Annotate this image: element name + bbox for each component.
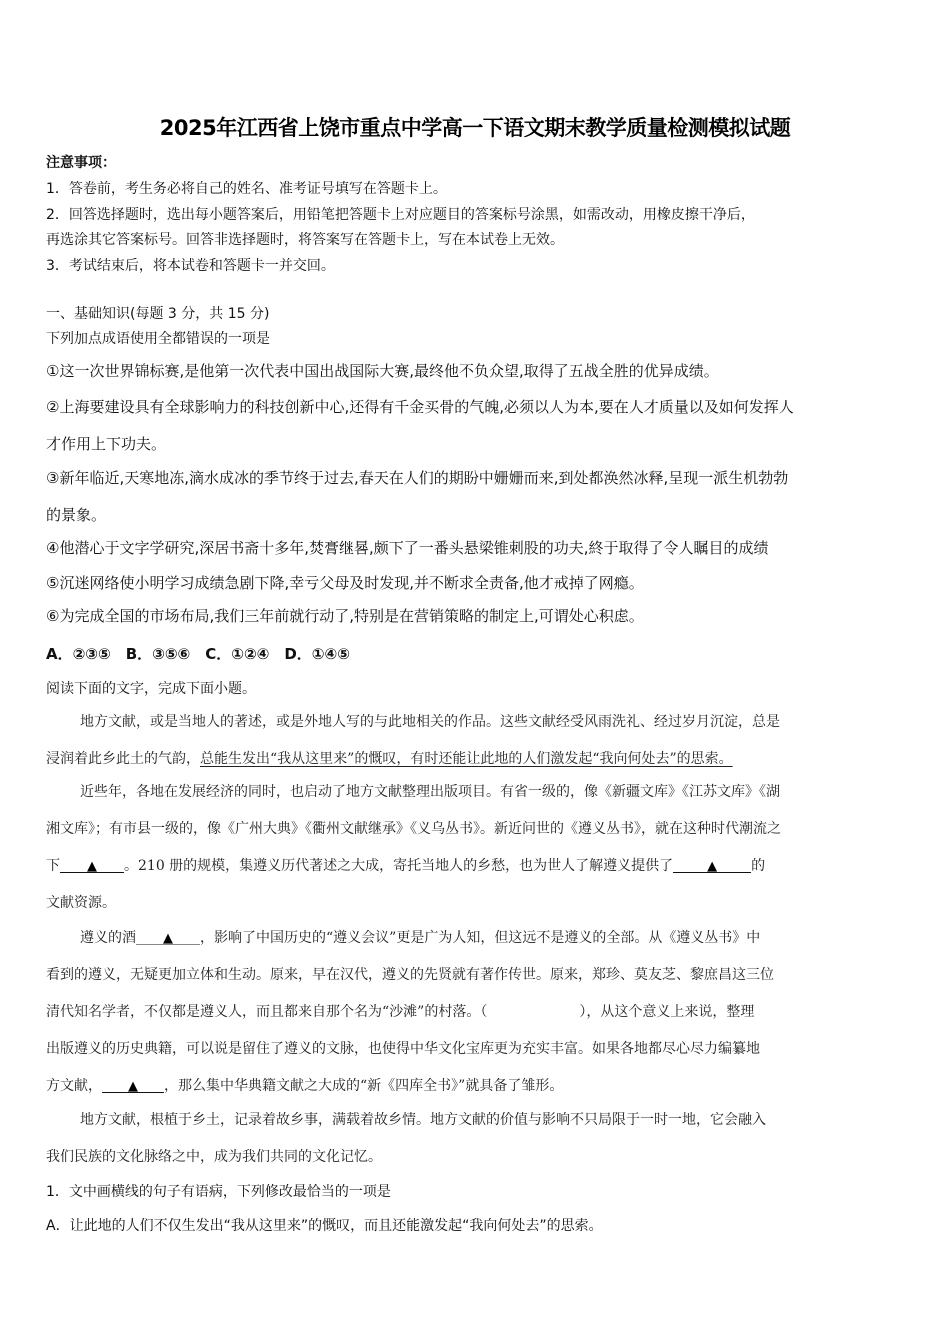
p4-line-1: 地方文献，根植于乡土，记录着故乡事，满载着故乡情。地方文献的价值与影响不只局限于… — [80, 1109, 766, 1129]
statement-6: ⑥为完成全国的市场布局,我们三年前就行动了,特别是在营销策略的制定上,可谓处心积… — [46, 605, 644, 626]
p3-line-1-text-a: 遵义的酒 — [80, 930, 136, 946]
p2-line-4: 文献资源。 — [46, 892, 116, 912]
triangle-marker-icon: ▲ — [128, 1079, 138, 1094]
p1-line-2: 浸润着此乡此土的气韵，总能生发出“我从这里来”的慨叹，有时还能让此地的人们激发起… — [46, 748, 733, 768]
page-title: 2025年江西省上饶市重点中学高一下语文期末教学质量检测模拟试题 — [0, 112, 950, 142]
triangle-marker-icon: ▲ — [163, 931, 173, 946]
statement-2: ②上海要建设具有全球影响力的科技创新中心,还得有千金买骨的气魄,必须以人为本,要… — [46, 396, 794, 417]
question-stem: 下列加点成语使用全都错误的一项是 — [46, 328, 270, 348]
p3-line-3: 清代知名学者，不仅都是遵义人，而且都来自那个名为“沙滩”的村落。（），从这个意义… — [46, 1001, 754, 1021]
notice-item-3: 3．考试结束后，将本试卷和答题卡一并交回。 — [46, 255, 335, 275]
p3-line-5: 方文献，▲，那么集中华典籍文献之大成的“新《四库全书》”就具备了雏形。 — [46, 1075, 563, 1095]
fill-blank-1: ▲ — [60, 858, 124, 873]
p3-line-2: 看到的遵义，无疑更加立体和生动。原来，早在汉代，遵义的先贤就有著作传世。原来，郑… — [46, 964, 774, 984]
notice-item-1: 1．答卷前，考生务必将自己的姓名、准考证号填写在答题卡上。 — [46, 178, 447, 198]
p1-line-1: 地方文献，或是当地人的著述，或是外地人写的与此地相关的作品。这些文献经受风雨洗礼… — [80, 711, 780, 731]
p3-line-3-text-a: 清代知名学者，不仅都是遵义人，而且都来自那个名为“沙滩”的村落。（ — [46, 1004, 487, 1020]
p2-line-3-text-a: 下 — [46, 858, 60, 874]
triangle-marker-icon: ▲ — [87, 859, 97, 874]
p3-line-1: 遵义的酒▲，影响了中国历史的“遵义会议”更是广为人知，但这远不是遵义的全部。从《… — [80, 927, 760, 947]
statement-1: ①这一次世界锦标赛,是他第一次代表中国出战国际大赛,最终他不负众望,取得了五战全… — [46, 360, 719, 381]
notice-item-2: 2．回答选择题时，选出每小题答案后，用铅笔把答题卡上对应题目的答案标号涂黑，如需… — [46, 204, 755, 224]
question-1-stem: 1．文中画横线的句子有语病，下列修改最恰当的一项是 — [46, 1181, 391, 1201]
p2-line-1: 近些年，各地在发展经济的同时，也启动了地方文献整理出版项目。有省一级的，像《新疆… — [80, 781, 780, 801]
answer-options: A．②③⑤ B．③⑤⑥ C．①②④ D．①④⑤ — [46, 643, 350, 664]
p3-line-5-text-b: ，那么集中华典籍文献之大成的“新《四库全书》”就具备了雏形。 — [164, 1078, 563, 1094]
p4-line-2: 我们民族的文化脉络之中，成为我们共同的文化记忆。 — [46, 1146, 382, 1166]
p2-line-3: 下▲。210 册的规模，集遵义历代著述之大成，寄托当地人的乡愁，也为世人了解遵义… — [46, 855, 765, 875]
statement-4: ④他潜心于文字学研究,深居书斋十多年,焚膏继晷,颇下了一番头悬梁锥刺股的功夫,終… — [46, 537, 769, 558]
fill-blank-4: ▲ — [102, 1078, 164, 1093]
section-heading: 一、基础知识(每题 3 分，共 15 分) — [46, 303, 269, 323]
p2-line-3-text-c: 的 — [751, 858, 765, 874]
p3-line-5-text-a: 方文献， — [46, 1078, 102, 1094]
statement-2-cont: 才作用上下功夫。 — [46, 433, 166, 454]
question-1-option-a: A．让此地的人们不仅生发出“我从这里来”的慨叹，而且还能激发起“我向何处去”的思… — [46, 1215, 603, 1235]
fill-blank-3: ▲ — [136, 930, 200, 945]
p3-line-4: 出版遵义的历史典籍，可以说是留住了遵义的文脉，也使得中华文化宝库更为充实丰富。如… — [46, 1038, 760, 1058]
p3-line-3-text-b: ），从这个意义上来说，整理 — [579, 1004, 754, 1020]
statement-5: ⑤沉迷网络使小明学习成绩急剧下降,幸亏父母及时发现,并不断求全责备,他才戒掉了网… — [46, 572, 644, 593]
statement-3: ③新年临近,天寒地冻,滴水成冰的季节终于过去,春天在人们的期盼中姗姗而来,到处都… — [46, 467, 788, 488]
exam-page: 2025年江西省上饶市重点中学高一下语文期末教学质量检测模拟试题 注意事项： 1… — [0, 0, 950, 1344]
statement-3-cont: 的景象。 — [46, 504, 106, 525]
p2-line-2: 湘文库》；有市县一级的，像《广州大典》《衢州文献继承》《义乌丛书》。新近问世的《… — [46, 818, 781, 838]
reading-instruction: 阅读下面的文字，完成下面小题。 — [46, 678, 256, 698]
fill-blank-2: ▲ — [673, 858, 751, 873]
underlined-sentence: 总能生发出“我从这里来”的慨叹，有时还能让此地的人们激发起“我向何处去”的思索。 — [200, 751, 733, 767]
notice-item-2-cont: 再选涂其它答案标号。回答非选择题时，将答案写在答题卡上，写在本试卷上无效。 — [46, 229, 564, 249]
p3-line-1-text-b: ，影响了中国历史的“遵义会议”更是广为人知，但这远不是遵义的全部。从《遵义丛书》… — [200, 930, 760, 946]
p1-line-2-text: 浸润着此乡此土的气韵， — [46, 751, 200, 767]
notice-heading: 注意事项： — [46, 152, 116, 172]
triangle-marker-icon: ▲ — [707, 859, 717, 874]
p2-line-3-text-b: 。210 册的规模，集遵义历代著述之大成，寄托当地人的乡愁，也为世人了解遵义提供… — [124, 858, 673, 874]
